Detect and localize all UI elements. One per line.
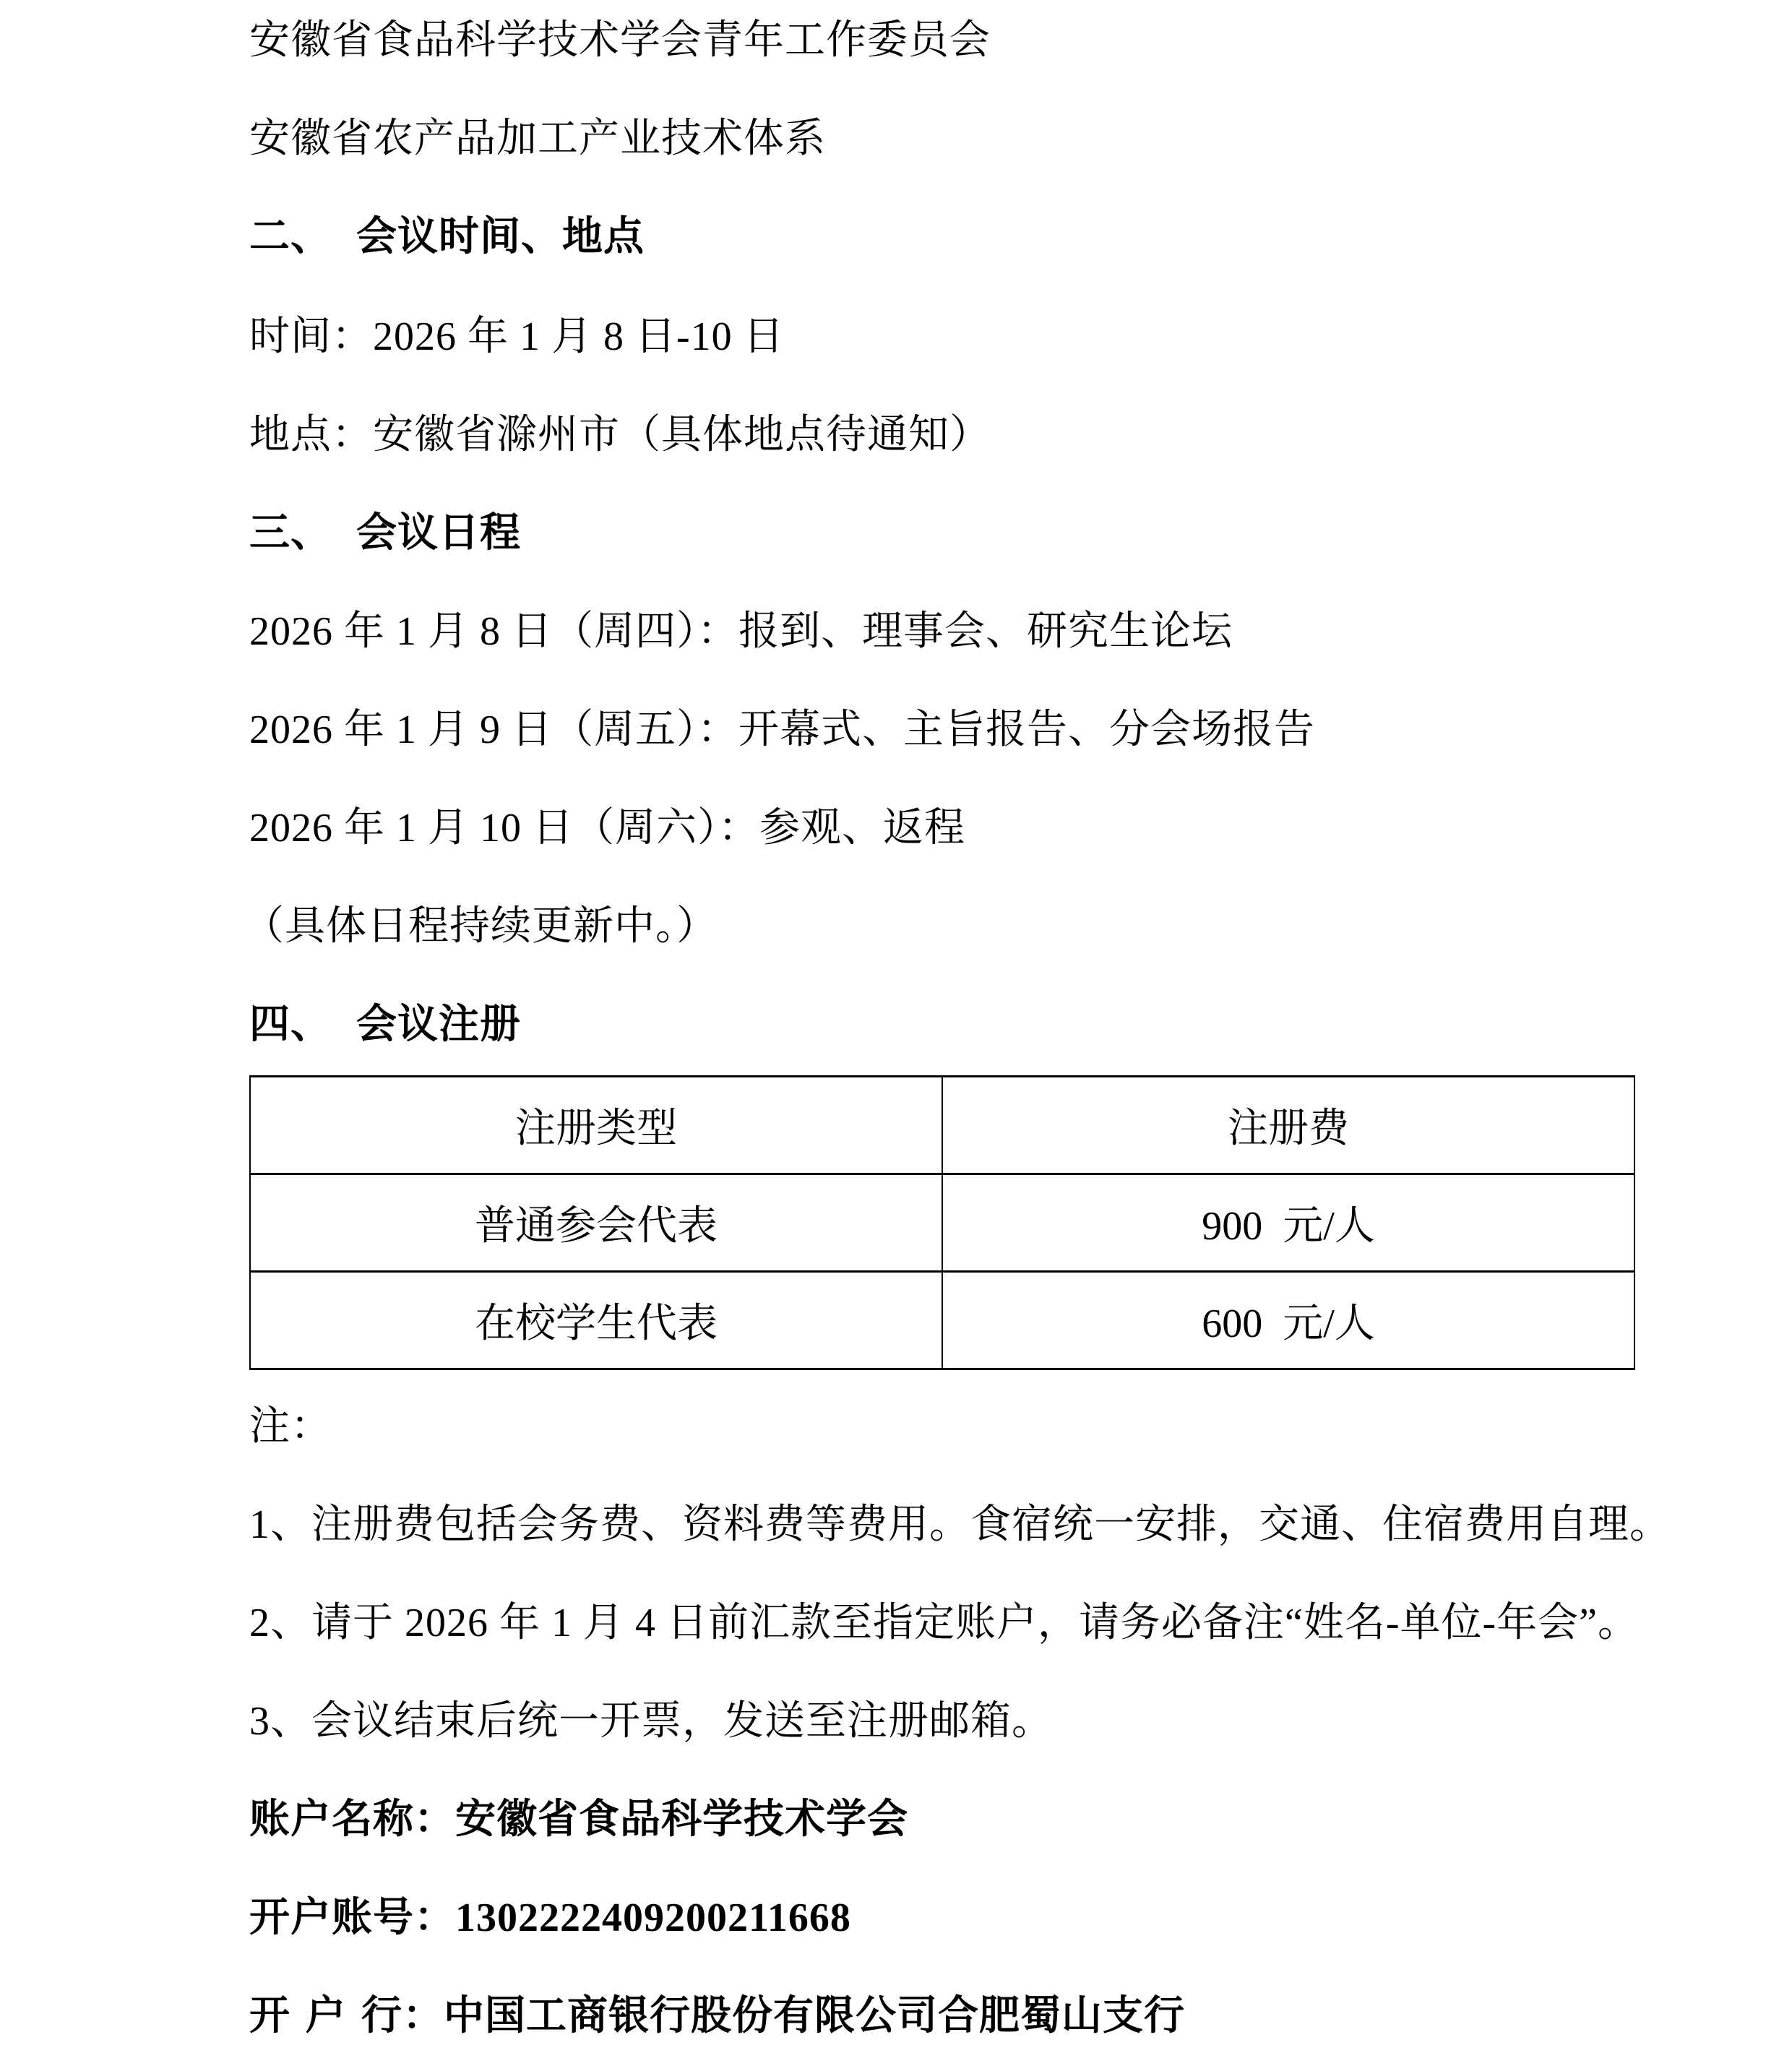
organizer-line: 安徽省食品科学技术学会青年工作委员会 bbox=[249, 20, 991, 61]
bank-line: 开 户 行：中国工商银行股份有限公司合肥蜀山支行 bbox=[249, 1996, 1185, 2036]
schedule-date: 2026 年 1 月 9 日（周五）： bbox=[249, 707, 738, 752]
table-header-row: 注册类型 注册费 bbox=[250, 1077, 1634, 1174]
section-title: 会议日程 bbox=[356, 509, 521, 556]
schedule-item: 2026 年 1 月 8 日（周四）：报到、理事会、研究生论坛 bbox=[249, 611, 1233, 652]
section-title: 会议注册 bbox=[356, 1001, 521, 1048]
account-number: 1302222409200211668 bbox=[455, 1895, 851, 1940]
fee-unit: 元/人 bbox=[1283, 1204, 1375, 1249]
column-header-type: 注册类型 bbox=[250, 1077, 942, 1174]
schedule-note: （具体日程持续更新中。） bbox=[244, 906, 718, 947]
notes-label: 注： bbox=[249, 1406, 332, 1447]
schedule-activities: 报到、理事会、研究生论坛 bbox=[738, 609, 1233, 654]
schedule-item: 2026 年 1 月 10 日（周六）：参观、返程 bbox=[249, 808, 965, 848]
section-title: 会议时间、地点 bbox=[356, 213, 645, 260]
fee-unit: 元/人 bbox=[1283, 1301, 1375, 1346]
registration-fee: 900元/人 bbox=[942, 1174, 1634, 1272]
section-heading-time-place: 二、会议时间、地点 bbox=[249, 217, 645, 257]
section-number: 二、 bbox=[249, 217, 356, 257]
place-line: 地点：安徽省滁州市（具体地点待通知） bbox=[249, 415, 991, 455]
registration-type: 普通参会代表 bbox=[250, 1174, 942, 1272]
time-value: 2026 年 1 月 8 日-10 日 bbox=[373, 314, 785, 359]
fee-amount: 600 bbox=[1202, 1301, 1262, 1346]
column-header-fee: 注册费 bbox=[942, 1077, 1634, 1174]
section-heading-schedule: 三、会议日程 bbox=[249, 513, 521, 554]
note-item: 3、会议结束后统一开票，发送至注册邮箱。 bbox=[249, 1701, 1053, 1742]
fee-amount: 900 bbox=[1202, 1204, 1262, 1249]
table-row: 在校学生代表 600元/人 bbox=[250, 1272, 1634, 1369]
account-number-line: 开户账号：1302222409200211668 bbox=[249, 1898, 851, 1938]
time-label: 时间： bbox=[249, 314, 373, 359]
schedule-activities: 开幕式、主旨报告、分会场报告 bbox=[738, 707, 1315, 752]
account-name: 安徽省食品科学技术学会 bbox=[455, 1796, 908, 1843]
schedule-item: 2026 年 1 月 9 日（周五）：开幕式、主旨报告、分会场报告 bbox=[249, 710, 1315, 750]
schedule-date: 2026 年 1 月 10 日（周六）： bbox=[249, 806, 759, 851]
section-number: 四、 bbox=[249, 1004, 356, 1045]
registration-fee-table: 注册类型 注册费 普通参会代表 900元/人 在校学生代表 600元/人 bbox=[249, 1075, 1635, 1370]
bank-name: 中国工商银行股份有限公司合肥蜀山支行 bbox=[444, 1992, 1185, 2039]
place-label: 地点： bbox=[249, 413, 373, 457]
account-name-line: 账户名称：安徽省食品科学技术学会 bbox=[249, 1799, 908, 1840]
table-row: 普通参会代表 900元/人 bbox=[250, 1174, 1634, 1272]
note-item: 2、请于 2026 年 1 月 4 日前汇款至指定账户，请务必备注“姓名-单位-… bbox=[249, 1603, 1639, 1643]
schedule-date: 2026 年 1 月 8 日（周四）： bbox=[249, 609, 738, 654]
time-line: 时间：2026 年 1 月 8 日-10 日 bbox=[249, 317, 785, 357]
section-number: 三、 bbox=[249, 513, 356, 554]
account-name-label: 账户名称： bbox=[249, 1796, 455, 1843]
section-heading-registration: 四、会议注册 bbox=[249, 1004, 521, 1045]
registration-type: 在校学生代表 bbox=[250, 1272, 942, 1369]
schedule-activities: 参观、返程 bbox=[759, 806, 965, 851]
account-number-label: 开户账号： bbox=[249, 1894, 455, 1941]
registration-fee: 600元/人 bbox=[942, 1272, 1634, 1369]
bank-label: 开 户 行： bbox=[249, 1992, 444, 2039]
place-value: 安徽省滁州市（具体地点待通知） bbox=[373, 413, 991, 457]
note-item: 1、注册费包括会务费、资料费等费用。食宿统一安排，交通、住宿费用自理。 bbox=[249, 1505, 1671, 1545]
organizer-line: 安徽省农产品加工产业技术体系 bbox=[249, 119, 826, 159]
